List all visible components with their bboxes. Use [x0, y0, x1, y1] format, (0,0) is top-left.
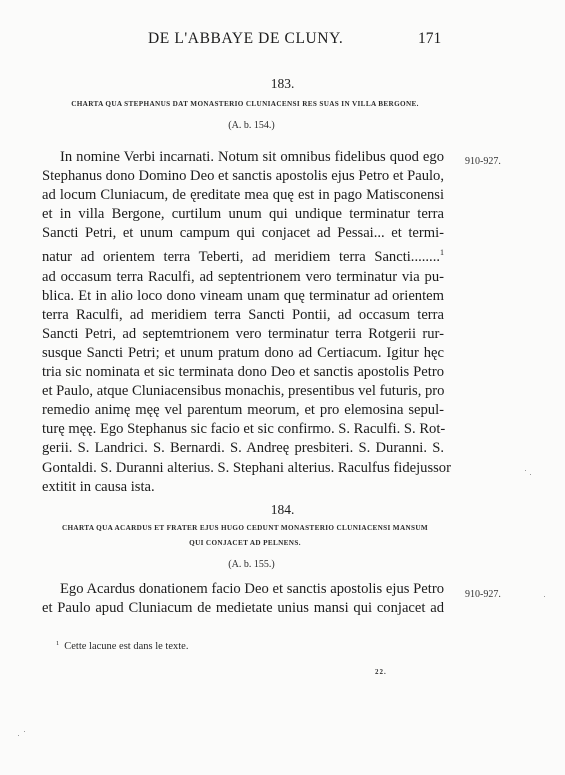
charter-body-183: In nomine Verbi incarnati. Notum sit omn…: [42, 148, 444, 497]
page-number: 171: [418, 30, 441, 48]
charter-date-183: (A. b. 154.): [0, 120, 503, 131]
scan-speck: [544, 596, 545, 597]
text-line: Gontaldi. S. Duranni alterius. S. Stepha…: [42, 459, 444, 478]
charter-title-184: CHARTA QUA ACARDUS ET FRATER EJUS HUGO C…: [40, 521, 450, 551]
charter-title-line: CHARTA QUA STEPHANUS DAT MONASTERIO CLUN…: [40, 97, 450, 112]
scan-speck: [18, 735, 19, 736]
running-title: DE L'ABBAYE DE CLUNY.: [148, 30, 343, 48]
text-line: et in villa Bergone, curtilum unum qui u…: [42, 205, 444, 224]
footnote-text: Cette lacune est dans le texte.: [64, 641, 188, 652]
text-line: extitit in causa ista.: [42, 478, 444, 497]
text-line: et Paulo apud Cluniacum de medietate uni…: [42, 599, 444, 618]
text-line: remedio animę męę vel parentum meorum, e…: [42, 401, 444, 420]
charter-number-183: 183.: [0, 76, 565, 92]
text-line: turę męę. Ego Stephanus sic facio et sic…: [42, 420, 444, 439]
text-line: Sancti Petri, ad septemtrionem vero term…: [42, 325, 444, 344]
footnote: 1Cette lacune est dans le texte.: [56, 640, 188, 652]
text-line: susque Sancti Petri; et unum pratum dono…: [42, 344, 444, 363]
text-line: Sancti Petri, et unum campum qui conjace…: [42, 224, 444, 243]
text-line-with-footnote: natur ad orientem terra Teberti, ad meri…: [42, 243, 444, 267]
text-line: Ego Acardus donationem facio Deo et sanc…: [42, 580, 444, 599]
scan-speck: [530, 474, 531, 475]
footnote-mark: 1: [56, 640, 59, 647]
charter-title-line: CHARTA QUA ACARDUS ET FRATER EJUS HUGO C…: [40, 521, 450, 536]
text-line: gerii. S. Landrici. S. Bernardi. S. Andr…: [42, 439, 444, 458]
charter-number-184: 184.: [0, 502, 565, 518]
text-line: natur ad orientem terra Teberti, ad meri…: [42, 249, 440, 265]
text-line: blica. Et in alio loco dono vineam unam …: [42, 287, 444, 306]
charter-body-184: Ego Acardus donationem facio Deo et sanc…: [42, 580, 444, 618]
text-line: et Paulo, atque Cluniacensibus monachis,…: [42, 382, 444, 401]
text-line: ad locum Cluniacum, de ęreditate mea quę…: [42, 186, 444, 205]
text-line: ad occasum terra Raculfi, ad septentrion…: [42, 268, 444, 287]
scan-speck: [525, 470, 526, 471]
charter-title-line: QUI CONJACET AD PELNENS.: [40, 536, 450, 551]
footnote-ref: 1: [440, 248, 444, 257]
text-line: terra Raculfi, ad meridiem terra Sancti …: [42, 306, 444, 325]
text-line: In nomine Verbi incarnati. Notum sit omn…: [42, 148, 444, 167]
text-line: tria sic nominata et sic terminata dono …: [42, 363, 444, 382]
signature-mark: 22.: [375, 668, 387, 676]
charter-title-183: CHARTA QUA STEPHANUS DAT MONASTERIO CLUN…: [40, 97, 450, 112]
scan-speck: [24, 731, 25, 732]
margin-date-183: 910-927.: [465, 156, 501, 167]
margin-date-184: 910-927.: [465, 589, 501, 600]
document-page: DE L'ABBAYE DE CLUNY. 171 183. CHARTA QU…: [0, 0, 565, 775]
text-line: Stephanus dono Domino Deo et sanctis apo…: [42, 167, 444, 186]
charter-date-184: (A. b. 155.): [0, 559, 503, 570]
